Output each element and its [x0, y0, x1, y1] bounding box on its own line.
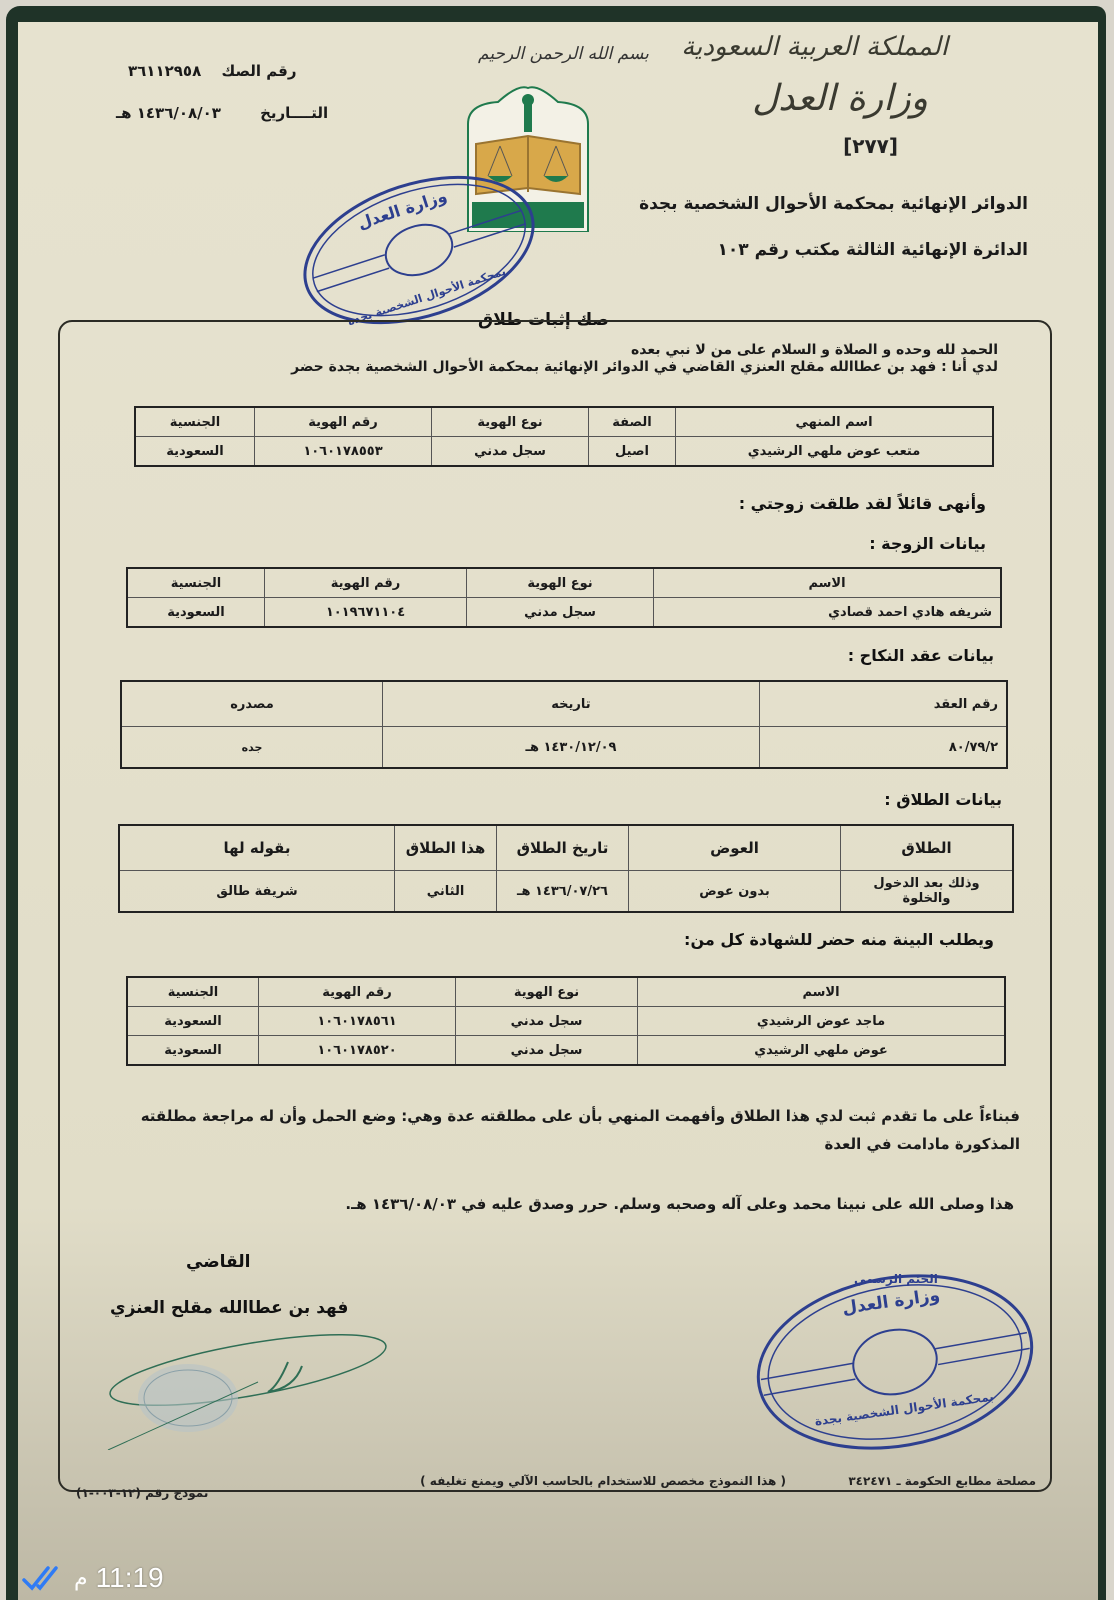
header-cell: الصفة — [589, 407, 676, 437]
deed-number-label: رقم الصك — [206, 62, 296, 80]
table-row: ماجد عوض الرشيدي سجل مدني ١٠٦٠١٧٨٥٦١ الس… — [127, 1007, 1005, 1036]
witness-table: الاسم نوع الهوية رقم الهوية الجنسية ماجد… — [126, 976, 1006, 1066]
table-row: ٨٠/٧٩/٢ ١٤٣٠/١٢/٠٩ هـ جده — [121, 727, 1007, 769]
intro-text: الحمد لله وحده و الصلاة و السلام على من … — [291, 342, 998, 376]
witness-intro: ويطلب البينة منه حضر للشهادة كل من: — [684, 930, 994, 949]
ministry-title: وزارة العدل — [752, 78, 928, 119]
ruling-text: فبناءاً على ما تقدم ثبت لدي هذا الطلاق و… — [120, 1102, 1020, 1158]
header-cell: تاريخ الطلاق — [497, 825, 629, 871]
cell: السعودية — [127, 1007, 259, 1036]
marriage-section-title: بيانات عقد النكاح : — [848, 646, 994, 665]
cell: ٨٠/٧٩/٢ — [760, 727, 1008, 769]
divorce-table: الطلاق العوض تاريخ الطلاق هذا الطلاق بقو… — [118, 824, 1014, 913]
cell: وذلك بعد الدخول والخلوة — [841, 871, 1014, 913]
header-cell: مصدره — [121, 681, 383, 727]
judge-signature-icon — [98, 1290, 398, 1450]
time-period: م — [74, 1566, 88, 1591]
header-cell: نوع الهوية — [467, 568, 654, 598]
cell: ١٠٦٠١٧٨٥٢٠ — [259, 1036, 456, 1066]
cell: شريفه هادي احمد قصادي — [654, 598, 1002, 628]
cell: اصيل — [589, 437, 676, 467]
header-cell: رقم الهوية — [259, 977, 456, 1007]
cell: ١٠٦٠١٧٨٥٦١ — [259, 1007, 456, 1036]
header-cell: الجنسية — [127, 977, 259, 1007]
table-header-row: الاسم نوع الهوية رقم الهوية الجنسية — [127, 568, 1001, 598]
date-value: ١٤٣٦/٠٨/٠٣ هـ — [116, 104, 221, 122]
ruling-line-2: المذكورة مادامت في العدة — [120, 1130, 1020, 1158]
deed-number-row: رقم الصك ٣٦١١٢٩٥٨ — [128, 62, 296, 80]
header-cell: رقم الهوية — [265, 568, 467, 598]
judge-title: القاضي — [186, 1252, 250, 1272]
cell: ١٤٣٦/٠٧/٢٦ هـ — [497, 871, 629, 913]
table-row: عوض ملهي الرشيدي سجل مدني ١٠٦٠١٧٨٥٢٠ الس… — [127, 1036, 1005, 1066]
cell: متعب عوض ملهي الرشيدي — [676, 437, 994, 467]
cell: عوض ملهي الرشيدي — [638, 1036, 1006, 1066]
form-code: [٢٧٧] — [843, 134, 898, 158]
marriage-table: رقم العقد تاريخه مصدره ٨٠/٧٩/٢ ١٤٣٠/١٢/٠… — [120, 680, 1008, 769]
deed-number-value: ٣٦١١٢٩٥٨ — [128, 62, 201, 80]
intro-line-2: لدي أنا : فهد بن عطاالله مقلح العنزي الق… — [291, 359, 998, 376]
usage-notice: ( هذا النموذج مخصص للاستخدام بالحاسب الآ… — [420, 1474, 786, 1488]
wife-section-title: بيانات الزوجة : — [869, 534, 986, 553]
cell: سجل مدني — [467, 598, 654, 628]
header-cell: نوع الهوية — [432, 407, 589, 437]
cell: بدون عوض — [629, 871, 841, 913]
table-row: متعب عوض ملهي الرشيدي اصيل سجل مدني ١٠٦٠… — [135, 437, 993, 467]
table-header-row: رقم العقد تاريخه مصدره — [121, 681, 1007, 727]
cell: ١٠٦٠١٧٨٥٥٣ — [255, 437, 432, 467]
basmala: بسم الله الرحمن الرحيم — [478, 44, 649, 64]
header-cell: الجنسية — [127, 568, 265, 598]
table-header-row: الاسم نوع الهوية رقم الهوية الجنسية — [127, 977, 1005, 1007]
header-cell: بقوله لها — [119, 825, 395, 871]
cell: السعودية — [127, 1036, 259, 1066]
table-row: وذلك بعد الدخول والخلوة بدون عوض ١٤٣٦/٠٧… — [119, 871, 1013, 913]
header-cell: الجنسية — [135, 407, 255, 437]
cell: السعودية — [127, 598, 265, 628]
divorce-section-title: بيانات الطلاق : — [884, 790, 1002, 809]
statement-text: وأنهى قائلاً لقد طلقت زوجتي : — [739, 494, 986, 513]
court-name: الدوائر الإنهائية بمحكمة الأحوال الشخصية… — [639, 194, 1028, 214]
cell: ١٤٣٠/١٢/٠٩ هـ — [383, 727, 760, 769]
cell: جده — [121, 727, 383, 769]
stamp-bottom-label: الختم الرسمي — [854, 1272, 938, 1286]
message-time: 11:19 — [96, 1562, 164, 1594]
cell: السعودية — [135, 437, 255, 467]
cell: ١٠١٩٦٧١١٠٤ — [265, 598, 467, 628]
ruling-line-1: فبناءاً على ما تقدم ثبت لدي هذا الطلاق و… — [120, 1102, 1020, 1130]
cell: سجل مدني — [456, 1036, 638, 1066]
cell: سجل مدني — [456, 1007, 638, 1036]
header-cell: تاريخه — [383, 681, 760, 727]
table-header-row: الطلاق العوض تاريخ الطلاق هذا الطلاق بقو… — [119, 825, 1013, 871]
header-cell: اسم المنهي — [676, 407, 994, 437]
date-label: التــــاريخ — [226, 104, 328, 122]
closing-text: هذا وصلى الله على نبينا محمد وعلى آله وص… — [345, 1190, 1014, 1218]
header-cell: الاسم — [638, 977, 1006, 1007]
date-row: التــــاريخ ١٤٣٦/٠٨/٠٣ هـ — [116, 104, 328, 122]
header-cell: الاسم — [654, 568, 1002, 598]
divorce-deed-document: المملكة العربية السعودية وزارة العدل [٢٧… — [18, 22, 1098, 1600]
header-cell: العوض — [629, 825, 841, 871]
header-cell: نوع الهوية — [456, 977, 638, 1007]
message-status-bar: م 11:19 — [0, 1556, 342, 1600]
circuit-name: الدائرة الإنهائية الثالثة مكتب رقم ١٠٣ — [718, 240, 1028, 260]
intro-line-1: الحمد لله وحده و الصلاة و السلام على من … — [291, 342, 998, 359]
kingdom-title: المملكة العربية السعودية — [681, 32, 948, 62]
wife-table: الاسم نوع الهوية رقم الهوية الجنسية شريف… — [126, 567, 1002, 628]
double-check-icon — [22, 1564, 66, 1592]
cell: الثاني — [395, 871, 497, 913]
cell: ماجد عوض الرشيدي — [638, 1007, 1006, 1036]
header-cell: رقم العقد — [760, 681, 1008, 727]
cell: شريفة طالق — [119, 871, 395, 913]
form-number: نموذج رقم (١٢-٠٠٣-١) — [76, 1486, 208, 1500]
header-cell: هذا الطلاق — [395, 825, 497, 871]
table-row: شريفه هادي احمد قصادي سجل مدني ١٠١٩٦٧١١٠… — [127, 598, 1001, 628]
table-header-row: اسم المنهي الصفة نوع الهوية رقم الهوية ا… — [135, 407, 993, 437]
cell: سجل مدني — [432, 437, 589, 467]
header-cell: الطلاق — [841, 825, 1014, 871]
header-cell: رقم الهوية — [255, 407, 432, 437]
applicant-table: اسم المنهي الصفة نوع الهوية رقم الهوية ا… — [134, 406, 994, 467]
printer-info: مصلحة مطابع الحكومة ـ ٣٤٢٤٧١ — [848, 1474, 1036, 1488]
